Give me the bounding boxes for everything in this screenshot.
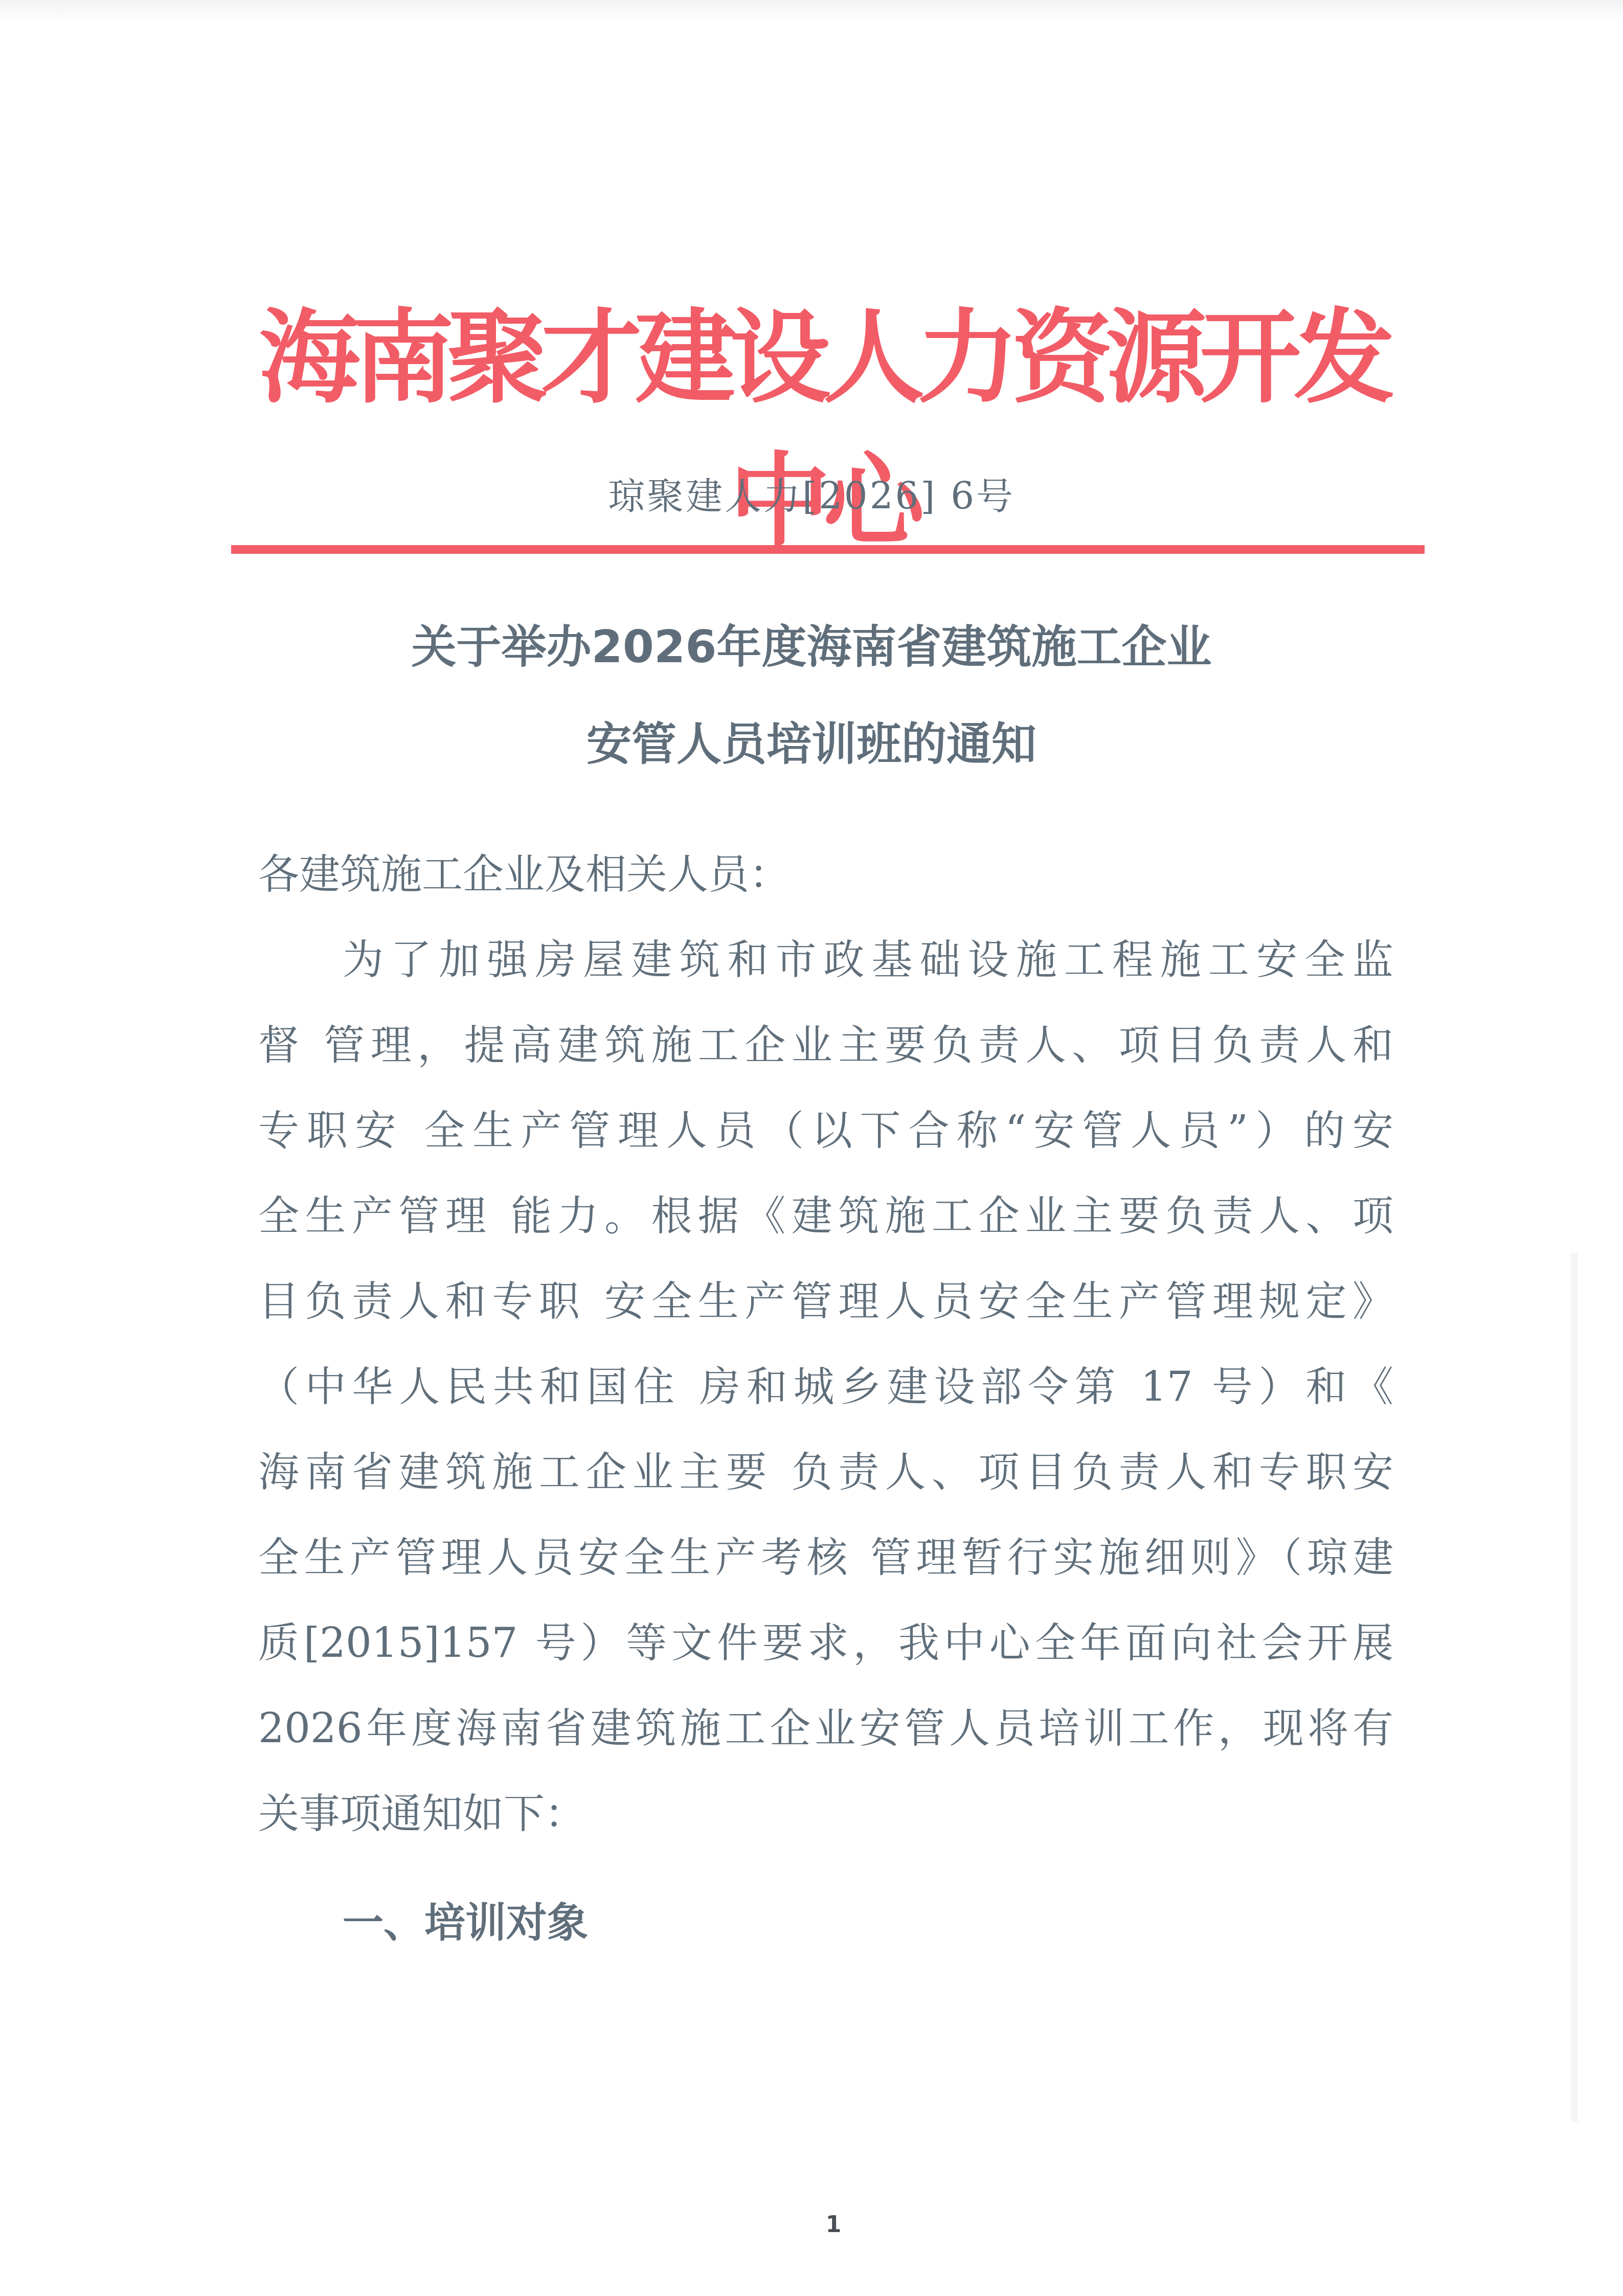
body-line: 海南省建筑施工企业主要 负责人、项目负责人和专职安 bbox=[258, 1444, 1393, 1500]
document-page: 海南聚才建设人力资源开发中心 琼聚建人力[2026] 6号 关于举办2026年度… bbox=[0, 0, 1623, 2296]
organization-header: 海南聚才建设人力资源开发中心 bbox=[235, 286, 1411, 430]
scan-edge-shadow bbox=[1571, 1253, 1578, 2122]
document-title-line-2: 安管人员培训班的通知 bbox=[0, 713, 1623, 775]
body-line: 专职安 全生产管理人员（以下合称“安管人员”）的安 bbox=[258, 1102, 1393, 1159]
body-line: 2026年度海南省建筑施工企业安管人员培训工作，现将有 bbox=[258, 1700, 1393, 1757]
body-line: 目负责人和专职 安全生产管理人员安全生产管理规定》 bbox=[258, 1273, 1393, 1330]
salutation: 各建筑施工企业及相关人员： bbox=[258, 846, 1393, 903]
red-divider-rule bbox=[231, 545, 1425, 554]
body-line: 全生产管理人员安全生产考核 管理暂行实施细则》（琼建 bbox=[258, 1529, 1393, 1586]
body-line: 全生产管理 能力。根据《建筑施工企业主要负责人、项 bbox=[258, 1188, 1393, 1244]
body-line: 为了加强房屋建筑和市政基础设施工程施工安全监 bbox=[343, 932, 1393, 988]
body-line: 质[2015]157 号）等文件要求，我中心全年面向社会开展 bbox=[258, 1615, 1393, 1671]
document-title-line-1: 关于举办2026年度海南省建筑施工企业 bbox=[0, 616, 1623, 678]
scan-top-edge bbox=[0, 0, 1623, 20]
body-line: （中华人民共和国住 房和城乡建设部令第 17 号）和《 bbox=[258, 1359, 1393, 1415]
page-number: 1 bbox=[813, 2212, 854, 2238]
document-number: 琼聚建人力[2026] 6号 bbox=[0, 468, 1623, 524]
body-line: 督 管理，提高建筑施工企业主要负责人、项目负责人和 bbox=[258, 1017, 1393, 1073]
section-heading-training-targets: 一、培训对象 bbox=[343, 1895, 588, 1951]
body-line: 关事项通知如下： bbox=[258, 1786, 1393, 1842]
